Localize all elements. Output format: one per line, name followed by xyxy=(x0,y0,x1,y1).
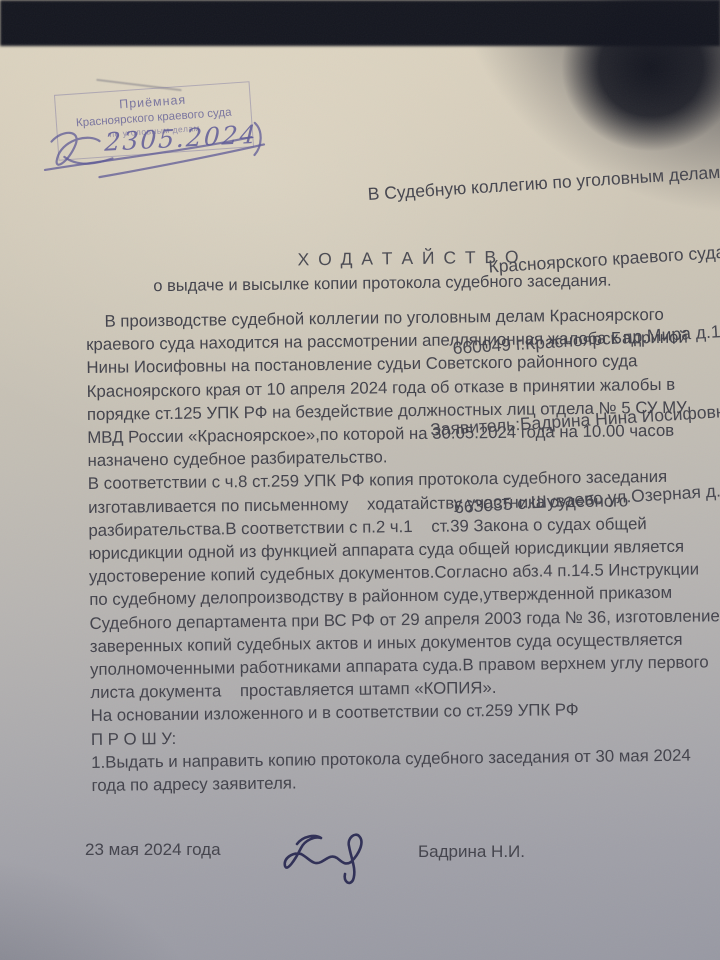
document-content: Приёмная Красноярского краевого суда по … xyxy=(0,0,720,960)
reception-stamp: Приёмная Красноярского краевого суда по … xyxy=(54,81,254,161)
footer-applicant-name: Бадрина Н.И. xyxy=(418,842,525,862)
header-line-court: В Судебную коллегию по уголовным делам xyxy=(300,159,720,212)
photo-of-document: { "stamp": { "line1": "Приёмная", "line2… xyxy=(0,0,720,960)
signature-scribble xyxy=(275,822,379,893)
document-subtitle: о выдаче и высылке копии протокола судеб… xyxy=(85,270,709,297)
document-title: Х О Д А Т А Й С Т В О xyxy=(85,244,709,273)
document-footer: 23 мая 2024 года Бадрина Н.И. xyxy=(85,836,645,896)
body-text: В производстве судебной коллегии по угол… xyxy=(86,302,716,797)
footer-date: 23 мая 2024 года xyxy=(85,840,221,860)
document-main: Х О Д А Т А Й С Т В О о выдаче и высылке… xyxy=(85,244,716,797)
